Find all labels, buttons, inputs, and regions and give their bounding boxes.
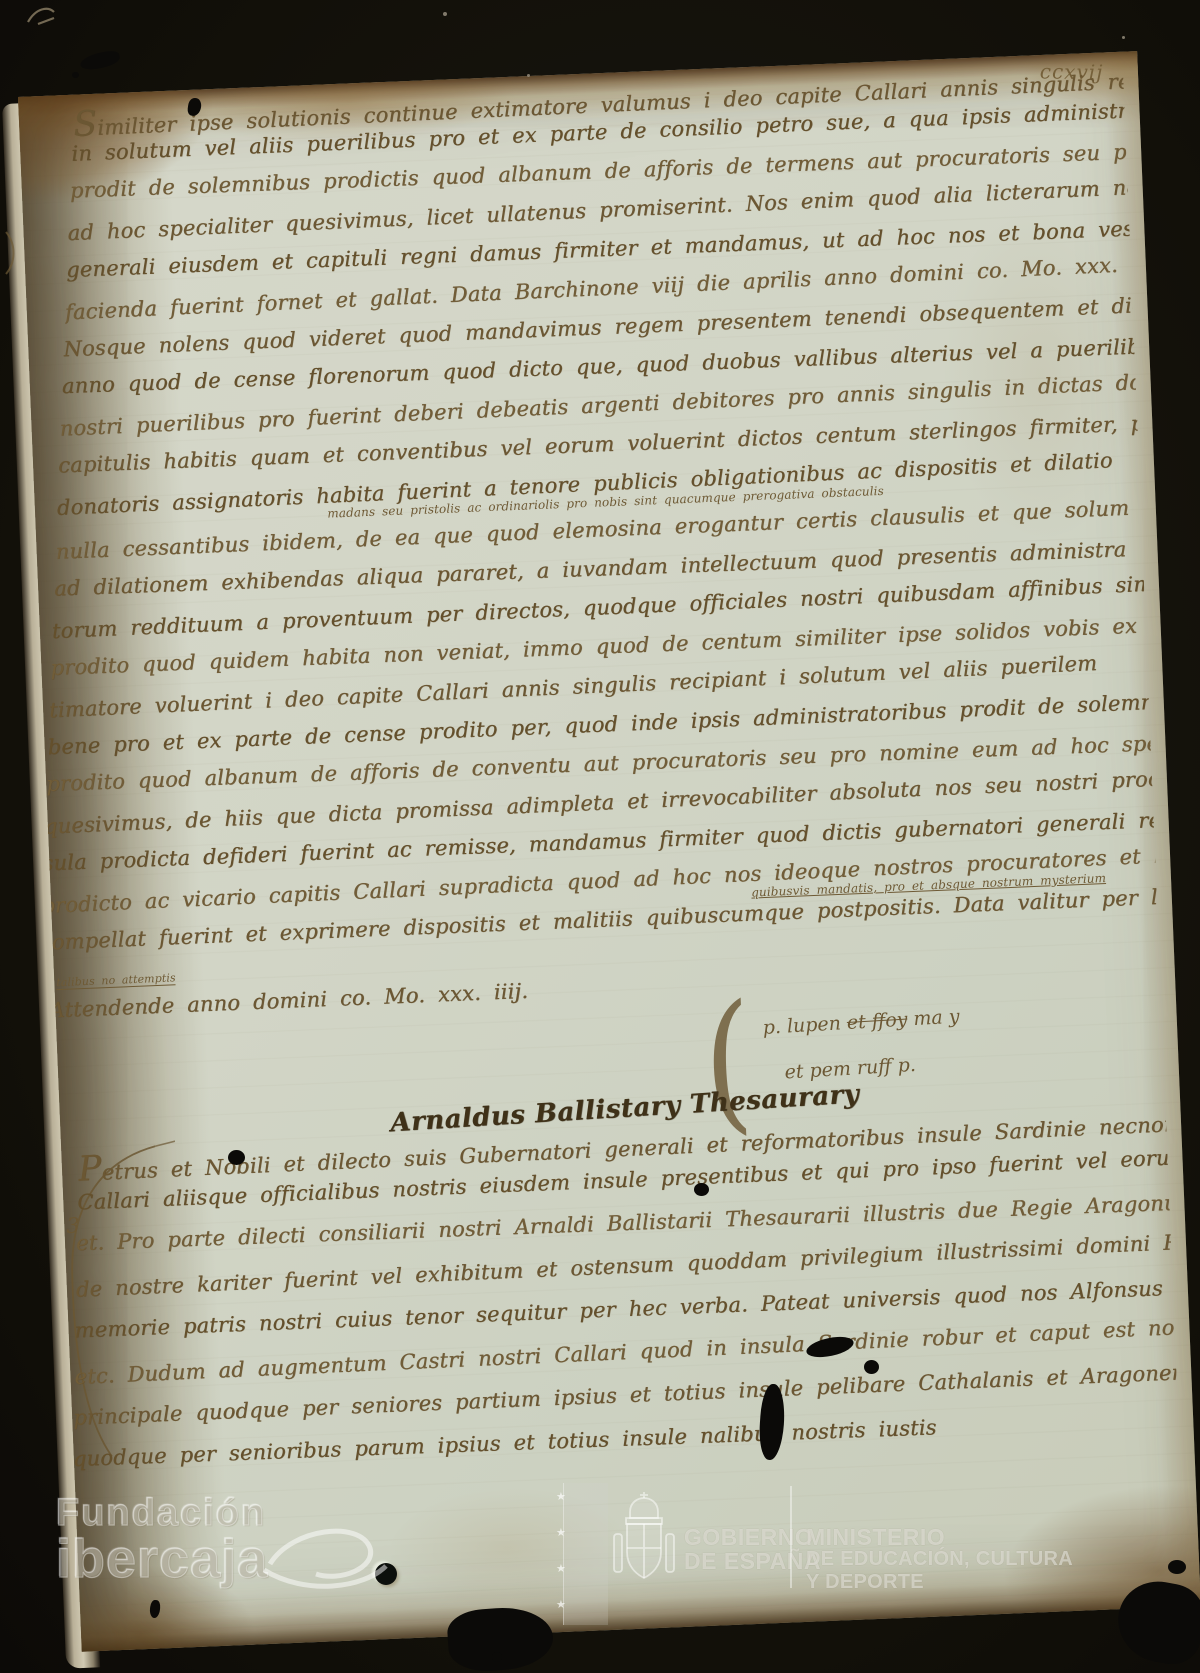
watermark-ministerio-line2: DE EDUCACIÓN, CULTURA [806,1548,1073,1571]
paragraph-1: Similiter ipse solutionis continue extim… [18,51,1137,97]
sliver-mark [0,228,24,278]
ink-blot [72,72,79,78]
government-watermark: ★ ★ ★ ★ GOBIERNO DE ESPAÑA MINISTERIO DE… [548,1478,1068,1633]
ink-blot [1168,1560,1186,1574]
star-icon: ★ [556,1490,566,1503]
watermark-ibercaja: ibercaja [56,1528,268,1590]
ink-blot [79,49,121,72]
ibercaja-logo-swirl-icon [262,1516,392,1606]
star-icon: ★ [556,1526,566,1539]
ink-blot [492,1652,502,1662]
manuscript-page: ccxvij Similiter ipse solutionis continu… [18,51,1200,1652]
watermark-gobierno-line1: GOBIERNO [684,1524,813,1551]
star-icon: ★ [556,1562,566,1575]
ink-blot [228,1150,245,1165]
watermark-gobierno-line2: DE ESPAÑA [684,1548,821,1575]
margin-note: talibus no attemptis [56,971,176,990]
watermark-ministerio-line3: Y DEPORTE [806,1571,924,1594]
ink-blot [694,1183,709,1196]
side-annotation-text: ma y [913,1005,960,1030]
watermark-ministerio-line1: MINISTERIO [806,1524,945,1551]
manuscript-photo: ccxvij Similiter ipse solutionis continu… [0,0,1200,1673]
ministry-flag-icon [563,1483,608,1625]
side-annotation-text: p. lupen [762,1012,841,1039]
side-annotation-struck-text: et ffoy [846,1009,908,1035]
star-icon: ★ [556,1598,566,1611]
side-annotation-line-1: p. lupen et ffoy ma y [762,1005,960,1038]
ink-blot [864,1360,879,1374]
watermark-divider [790,1486,792,1588]
dust-speck [527,74,530,77]
corner-quire-mark [24,2,74,32]
dust-speck [443,12,447,16]
spain-coat-of-arms-icon [610,1490,678,1610]
dust-speck [1122,36,1125,39]
